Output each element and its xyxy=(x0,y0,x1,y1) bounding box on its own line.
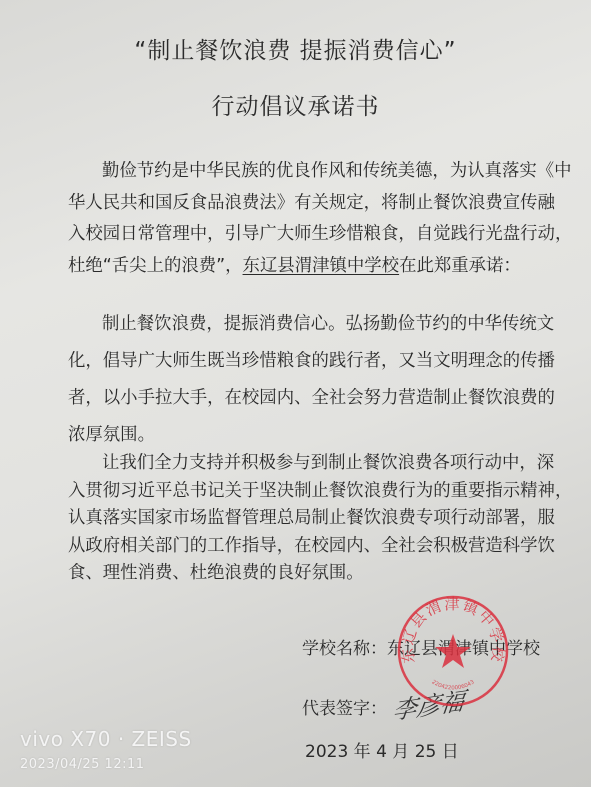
official-seal-icon: 东辽县渭津镇中学校 2204220006043 xyxy=(396,594,510,708)
text-line: 华人民共和国反食品浪费法》有关规定，将制止餐饮浪费宣传融 xyxy=(68,188,538,220)
text-line: 从政府相关部门的工作指导，在校园内、全社会积极营造科学饮 xyxy=(68,533,538,561)
text-line: 杜绝“舌尖上的浪费”，东辽县渭津镇中学校在此郑重承诺： xyxy=(68,251,538,283)
text-line: 认真落实国家市场监督管理总局制止餐饮浪费专项行动部署，服 xyxy=(68,505,538,533)
text-line: 入贯彻习近平总书记关于坚决制止餐饮浪费行为的重要指示精神， xyxy=(68,478,538,506)
text-line: 浓厚氛围。 xyxy=(68,417,538,454)
text-segment: 杜绝“舌尖上的浪费”， xyxy=(68,256,243,276)
svg-text:2204220006043: 2204220006043 xyxy=(430,679,476,691)
text-line: 勤俭节约是中华民族的优良作风和传统美德，为认真落实《中 xyxy=(68,156,538,188)
representative-label: 代表签字： xyxy=(302,699,387,719)
paragraph-call-to-action: 让我们全力支持并积极参与到制止餐饮浪费各项行动中，深 入贯彻习近平总书记关于坚决… xyxy=(68,450,538,588)
text-line: 食、理性消费、杜绝浪费的良好氛围。 xyxy=(68,560,538,588)
text-line: 者，以小手拉大手，在校园内、全社会努力营造制止餐饮浪费的 xyxy=(68,380,538,417)
text-line: 化，倡导广大师生既当珍惜粮食的践行者，又当文明理念的传播 xyxy=(68,343,538,380)
paragraph-commitment: 制止餐饮浪费，提振消费信心。弘扬勤俭节约的中华传统文 化，倡导广大师生既当珍惜粮… xyxy=(68,306,538,454)
camera-watermark: vivo X70 · ZEISS xyxy=(20,727,192,751)
text-line: 入校园日常管理中，引导广大师生珍惜粮食，自觉践行光盘行动， xyxy=(68,219,538,251)
paragraph-intro: 勤俭节约是中华民族的优良作风和传统美德，为认真落实《中 华人民共和国反食品浪费法… xyxy=(68,156,538,282)
page-subtitle: 行动倡议承诺书 xyxy=(0,88,591,121)
text-line: 让我们全力支持并积极参与到制止餐饮浪费各项行动中，深 xyxy=(68,450,538,478)
date: 2023 年 4 月 25 日 xyxy=(305,737,459,762)
school-name-label: 学校名称： xyxy=(302,639,387,659)
text-line: 制止餐饮浪费，提振消费信心。弘扬勤俭节约的中华传统文 xyxy=(68,306,538,343)
school-name-underlined: 东辽县渭津镇中学校 xyxy=(243,256,400,276)
page-title: “制止餐饮浪费 提振消费信心” xyxy=(0,32,591,65)
text-segment: 在此郑重承诺： xyxy=(399,256,521,276)
timestamp-watermark: 2023/04/25 12:11 xyxy=(20,757,145,772)
